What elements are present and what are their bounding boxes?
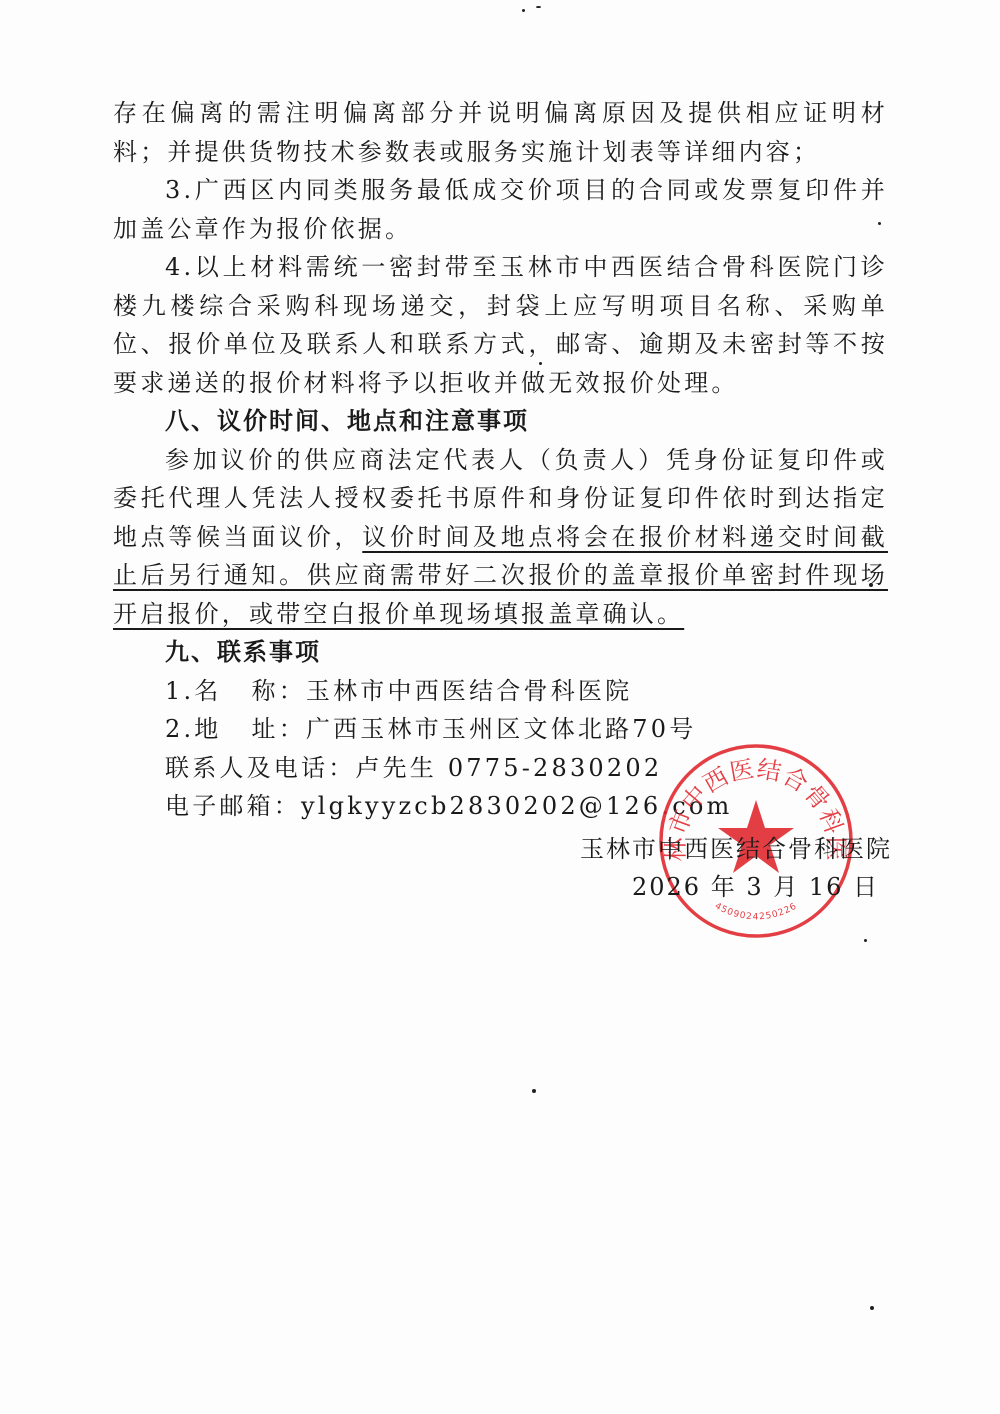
- contact-address-label-a: 2.地: [165, 715, 222, 743]
- contact-phone-label: 联系人及电话：: [165, 754, 355, 782]
- signature-organization: 玉林市中西医结合骨科医院: [580, 830, 890, 868]
- paragraph-item-4: 4.以上材料需统一密封带至玉林市中西医结合骨科医院门诊楼九楼综合采购科现场递交，…: [113, 248, 888, 402]
- contact-name-value: 玉林市中西医结合骨科医院: [306, 677, 632, 705]
- scan-speck: [536, 6, 541, 8]
- contact-name-label-b: 称：: [252, 677, 306, 705]
- contact-address-label-b: 址：: [252, 715, 306, 743]
- scan-speck: [864, 939, 867, 942]
- section-9-heading: 九、联系事项: [113, 633, 888, 672]
- section-8-body: 参加议价的供应商法定代表人（负责人）凭身份证复印件或委托代理人凭法人授权委托书原…: [113, 441, 888, 634]
- contact-phone-value: 卢先生 0775-2830202: [355, 754, 662, 782]
- document-page: 存在偏离的需注明偏离部分并说明偏离原因及提供相应证明材料；并提供货物技术参数表或…: [0, 0, 1000, 1414]
- contact-address-value: 广西玉林市玉州区文体北路70号: [306, 715, 697, 743]
- scan-speck: [532, 1089, 536, 1093]
- paragraph-item-3: 3.广西区内同类服务最低成交价项目的合同或发票复印件并加盖公章作为报价依据。: [113, 171, 888, 248]
- scan-speck: [522, 9, 525, 12]
- section-8-heading: 八、议价时间、地点和注意事项: [113, 402, 888, 441]
- paragraph-deviation-note: 存在偏离的需注明偏离部分并说明偏离原因及提供相应证明材料；并提供货物技术参数表或…: [113, 94, 888, 171]
- contact-name-line: 1.名称：玉林市中西医结合骨科医院: [113, 672, 888, 711]
- contact-name-label-a: 1.名: [165, 677, 222, 705]
- scan-speck: [870, 1306, 874, 1310]
- signature-block: 玉林市中西医结合骨科医院 2026 年 3 月 16 日: [580, 830, 890, 906]
- signature-date: 2026 年 3 月 16 日: [580, 868, 890, 906]
- contact-email-label: 电子邮箱：: [165, 792, 301, 820]
- document-body: 存在偏离的需注明偏离部分并说明偏离原因及提供相应证明材料；并提供货物技术参数表或…: [113, 94, 888, 826]
